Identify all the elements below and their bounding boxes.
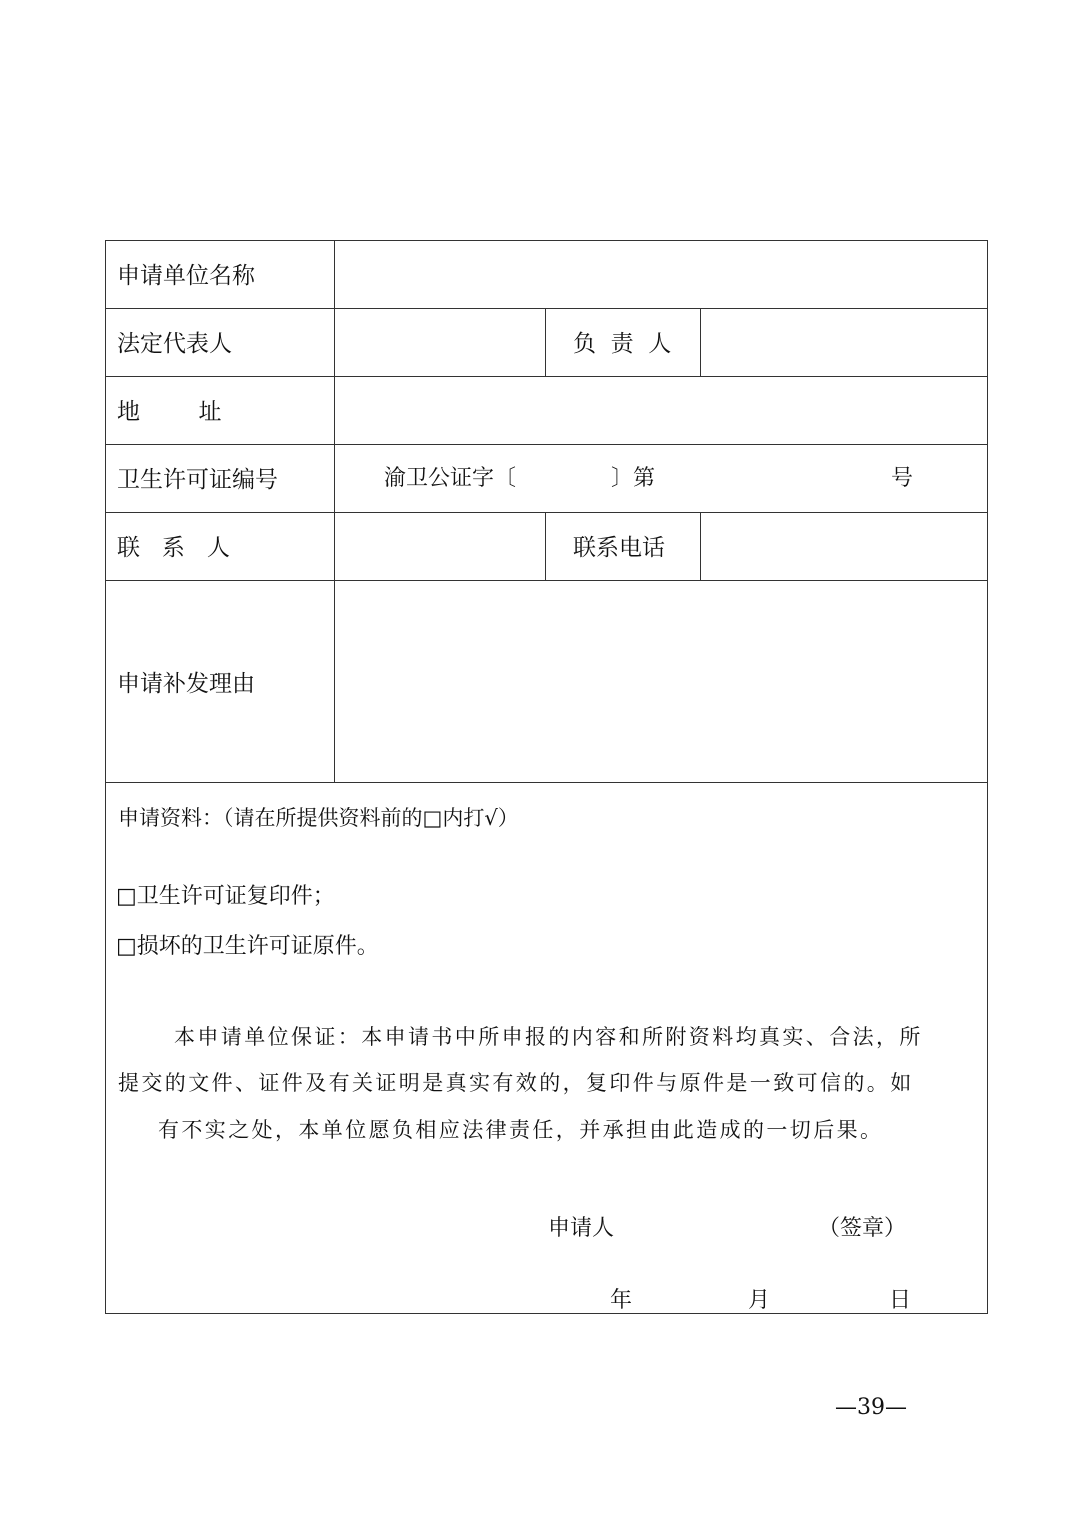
license-no-prefix: 渝卫公证字〔 xyxy=(384,461,516,492)
reason-label: 申请补发理由 xyxy=(117,665,255,698)
phone-field[interactable] xyxy=(704,515,983,578)
person-in-charge-label: 负 责 人 xyxy=(573,325,671,358)
column-divider xyxy=(700,308,701,376)
year-label: 年 xyxy=(610,1283,632,1314)
declaration-line-2: 提交的文件、证件及有关证明是真实有效的，复印件与原件是一致可信的。如 xyxy=(118,1060,978,1106)
address-field[interactable] xyxy=(338,379,983,442)
materials-title: 申请资料：（请在所提供资料前的□内打√） xyxy=(118,802,519,832)
day-label: 日 xyxy=(889,1283,911,1314)
unit-name-label: 申请单位名称 xyxy=(117,257,255,290)
contact-label: 联 系 人 xyxy=(117,529,230,562)
license-no-suffix: 号 xyxy=(891,461,913,492)
row-divider xyxy=(106,308,987,309)
person-in-charge-field[interactable] xyxy=(704,311,983,374)
month-label: 月 xyxy=(748,1283,770,1314)
application-form-table: 申请单位名称 法定代表人 负 责 人 地 址 卫生许可证编号 渝卫公证字〔 〕第… xyxy=(105,240,988,1314)
declaration-line-1: 本申请单位保证：本申请书中所申报的内容和所附资料均真实、合法，所 xyxy=(118,1014,978,1060)
row-divider xyxy=(106,512,987,513)
row-divider xyxy=(106,782,987,783)
material-item-damaged-original[interactable]: □损坏的卫生许可证原件。 xyxy=(116,929,379,960)
row-divider xyxy=(106,580,987,581)
material-item-license-copy[interactable]: □卫生许可证复印件； xyxy=(116,879,335,910)
column-divider xyxy=(545,308,546,376)
applicant-label: 申请人 xyxy=(548,1211,614,1242)
license-no-label: 卫生许可证编号 xyxy=(117,461,278,494)
row-divider xyxy=(106,444,987,445)
legal-rep-field[interactable] xyxy=(338,311,542,374)
license-no-middle: 〕第 xyxy=(611,461,655,492)
column-divider xyxy=(334,241,335,782)
reason-field[interactable] xyxy=(338,583,983,780)
license-year-field[interactable] xyxy=(536,453,606,493)
address-label: 地 址 xyxy=(117,393,222,426)
seal-label: （签章） xyxy=(818,1211,906,1242)
unit-name-field[interactable] xyxy=(338,243,983,306)
phone-label: 联系电话 xyxy=(573,529,665,562)
license-number-field[interactable] xyxy=(671,453,881,493)
declaration-line-3: 有不实之处，本单位愿负相应法律责任，并承担由此造成的一切后果。 xyxy=(118,1107,978,1153)
legal-rep-label: 法定代表人 xyxy=(117,325,232,358)
row-divider xyxy=(106,376,987,377)
contact-field[interactable] xyxy=(338,515,542,578)
page-number: —39— xyxy=(835,1395,907,1420)
column-divider xyxy=(700,512,701,580)
column-divider xyxy=(545,512,546,580)
